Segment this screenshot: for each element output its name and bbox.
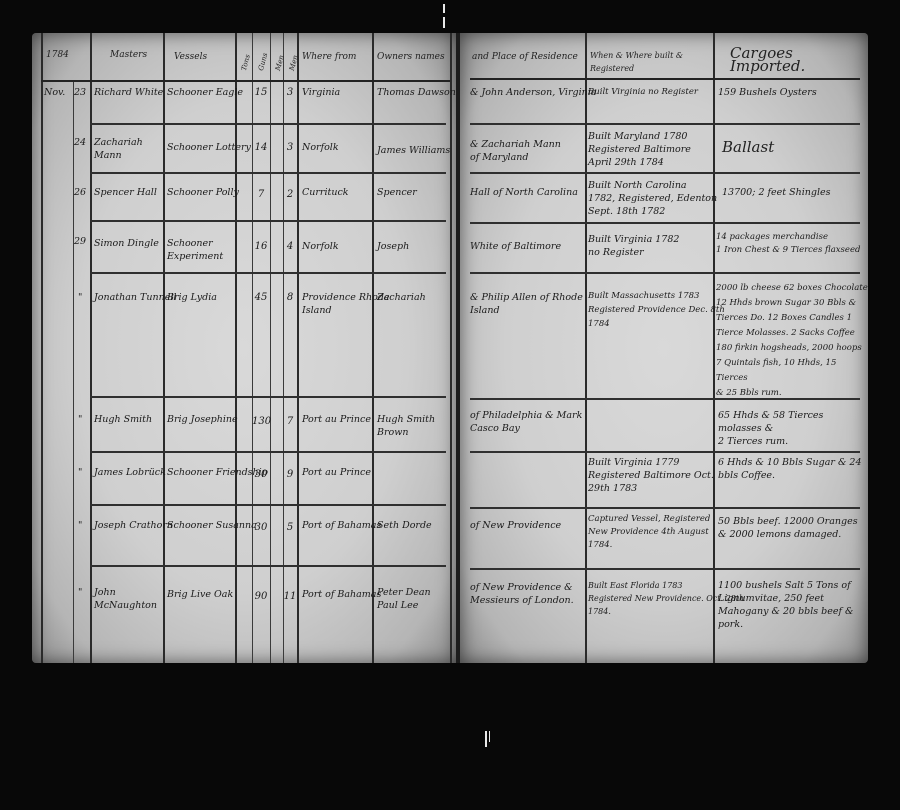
col-divider [270,33,271,663]
entry-tons: 30 [252,521,270,534]
entry-residence: of Philadelphia & Mark Casco Bay [470,409,582,435]
entry-men: 3 [283,141,297,154]
entry-day-ditto: " [78,413,82,426]
entry-vessel: Schooner Lottery [167,141,251,154]
entry-tons: 7 [252,188,270,201]
entry-owners: Zachariah [377,291,426,304]
entry-cargo: 1100 bushels Salt 5 Tons of Lignumvitae,… [718,579,863,631]
entry-cargo: 65 Hhds & 58 Tierces molasses & 2 Tierce… [718,409,868,448]
entry-residence: & Zachariah Mann of Maryland [470,138,561,164]
entry-owners: Peter Dean Paul Lee [377,586,431,612]
entry-tons: 90 [252,590,270,603]
row-rule [90,172,446,174]
row-rule [470,222,860,224]
entry-where-from: Port au Prince [302,413,371,426]
entry-master: Spencer Hall [94,186,157,199]
row-rule [90,123,446,125]
entry-men: 8 [283,291,297,304]
row-rule [90,272,446,274]
entry-where-from: Norfolk [302,141,339,154]
entry-day-ditto: " [78,466,82,479]
header-rule [41,80,450,82]
entry-vessel: Schooner Eagle [167,86,243,99]
entry-built-registered: Built Virginia 1779 Registered Baltimore… [588,456,714,495]
row-rule [90,504,446,506]
entry-cargo: 159 Bushels Oysters [718,86,817,99]
entry-day: 24 [74,136,86,149]
entry-vessel: Schooner Polly [167,186,239,199]
entry-day-ditto: " [78,586,82,599]
entry-cargo: 14 packages merchandise 1 Iron Chest & 9… [716,231,860,257]
entry-vessel: Brig Live Oak [167,588,233,601]
ledger-left-page: 1784 Masters Vessels Tons Guns Men Men W… [32,33,456,663]
header-men: Men [272,54,289,73]
film-mark-top [443,4,445,13]
col-divider [252,33,253,663]
entry-vessel: Brig Josephine [167,413,238,426]
entry-men: 5 [283,521,297,534]
entry-owners: James Williams [377,144,450,157]
entry-where-from: Norfolk [302,240,339,253]
entry-residence: of New Providence [470,519,561,532]
entry-cargo: 2000 lb cheese 62 boxes Chocolate 12 Hhd… [716,281,868,401]
entry-owners: Seth Dorde [377,519,432,532]
entry-cargo: Ballast [722,141,774,154]
entry-master: Jonathan Tunnell [94,291,176,304]
film-mark-bottom [485,731,487,747]
col-divider [450,33,452,663]
row-rule [90,396,446,398]
col-divider [41,33,43,663]
entry-residence: & John Anderson, Virginia [470,86,596,99]
col-divider [235,33,237,663]
entry-master: Hugh Smith [94,413,152,426]
entry-where-from: Virginia [302,86,340,99]
entry-where-from: Currituck [302,186,349,199]
film-mark-top-2 [443,17,445,28]
entry-master: John McNaughton [94,586,162,612]
entry-men: 7 [283,415,297,428]
entry-master: Zachariah Mann [94,136,162,162]
entry-owners: Joseph [377,240,409,253]
entry-men: 9 [283,468,297,481]
entry-where-from: Port of Bahamas [302,588,381,601]
row-rule [470,123,860,125]
entry-built-registered: Built Massachusetts 1783 Registered Prov… [588,289,725,331]
entry-day: 29 [74,235,86,248]
header-rule [470,78,860,80]
header-vessels: Vessels [174,51,207,64]
entry-month: Nov. [44,86,65,99]
entry-built-registered: Captured Vessel, Registered New Providen… [588,513,710,552]
header-year: 1784 [46,49,69,62]
entry-built-registered: Built Maryland 1780 Registered Baltimore… [588,130,691,169]
entry-men: 11 [283,590,297,603]
entry-master: Joseph Crathorn [94,519,173,532]
entry-residence: & Philip Allen of Rhode Island [470,291,583,317]
header-residence: and Place of Residence [472,51,578,64]
header-men-2: Men [286,54,303,73]
entry-where-from: Port au Prince [302,466,371,479]
entry-residence: of New Providence & Messieurs of London. [470,581,574,607]
header-where-from: Where from [302,51,356,64]
entry-master: Simon Dingle [94,237,159,250]
header-cargoes-imported: Cargoes Imported. [730,47,868,73]
row-rule [90,565,446,567]
entry-master: James Lobrück [94,466,166,479]
col-divider [163,33,165,663]
entry-tons: 14 [252,141,270,154]
row-rule [470,272,860,274]
entry-cargo: 13700; 2 feet Shingles [722,186,831,199]
entry-day-ditto: " [78,519,82,532]
entry-vessel: Schooner Susanna [167,519,257,532]
col-divider [283,33,284,663]
row-rule [90,220,446,222]
col-divider [90,33,92,663]
entry-owners: Hugh Smith Brown [377,413,435,439]
entry-tons: 16 [252,240,270,253]
entry-cargo: 6 Hhds & 10 Bbls Sugar & 24 bbls Coffee. [718,456,862,482]
ledger-right-page: and Place of Residence When & Where buil… [460,33,868,663]
row-rule [470,451,860,453]
entry-built-registered: Built North Carolina 1782, Registered, E… [588,179,717,218]
entry-where-from: Port of Bahamas [302,519,381,532]
entry-residence: White of Baltimore [470,240,561,253]
header-built-registered: When & Where built & Registered [590,49,712,75]
row-rule [470,568,860,570]
entry-owners: Spencer [377,186,417,199]
col-divider [372,33,374,663]
row-rule [90,451,446,453]
entry-day: 23 [74,86,86,99]
row-rule [470,172,860,174]
col-divider [297,33,299,663]
col-divider [73,81,74,663]
film-mark-bottom-2 [489,731,490,742]
entry-tons: 130 [252,415,270,428]
entry-owners: Thomas Dawson [377,86,456,99]
entry-day: 26 [74,186,86,199]
entry-tons: 15 [252,86,270,99]
entry-vessel: Schooner Experiment [167,237,235,263]
entry-tons: 30 [252,468,270,481]
header-masters: Masters [110,49,147,62]
entry-cargo: 50 Bbls beef. 12000 Oranges & 2000 lemon… [718,515,858,541]
header-owners-names: Owners names [377,51,445,64]
entry-built-registered: Built Virginia no Register [588,86,698,99]
entry-master: Richard White [94,86,163,99]
entry-men: 2 [283,188,297,201]
entry-vessel: Brig Lydia [167,291,217,304]
entry-residence: Hall of North Carolina [470,186,578,199]
entry-men: 3 [283,86,297,99]
entry-men: 4 [283,240,297,253]
entry-day-ditto: " [78,291,82,304]
entry-tons: 45 [252,291,270,304]
entry-built-registered: Built Virginia 1782 no Register [588,233,679,259]
row-rule [470,507,860,509]
